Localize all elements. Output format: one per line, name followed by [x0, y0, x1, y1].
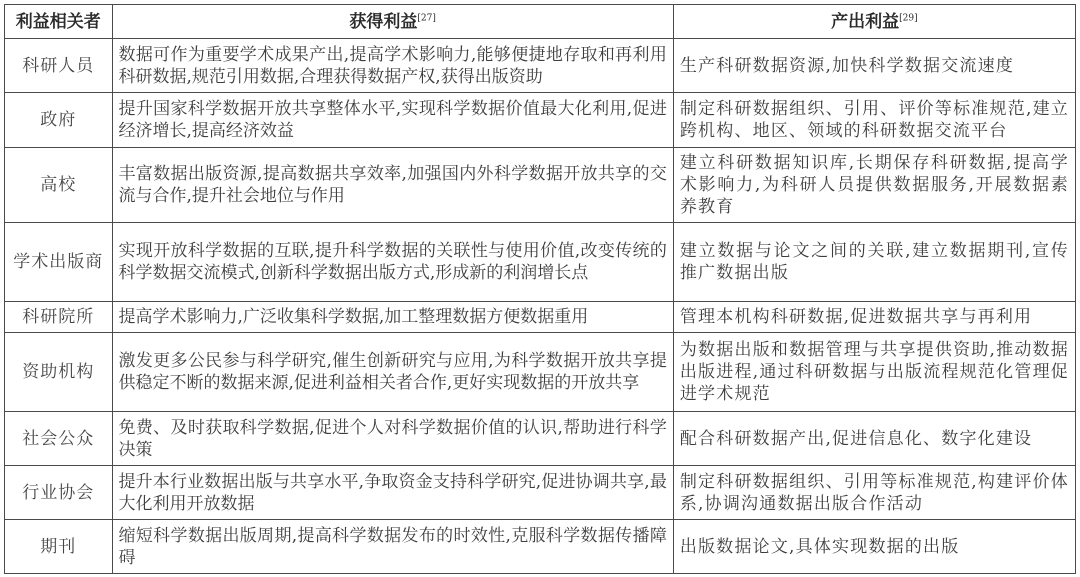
header-output: 产出利益[29] [673, 5, 1075, 39]
table-header-row: 利益相关者 获得利益[27] 产出利益[29] [5, 5, 1076, 39]
output-cell: 制定科研数据组织、引用等标准规范,构建评价体系,协调沟通数据出版合作活动 [673, 466, 1075, 520]
gain-cell: 缩短科学数据出版周期,提高科学数据发布的时效性,克服科学数据传播障碍 [112, 520, 673, 574]
header-stakeholder: 利益相关者 [5, 5, 113, 39]
stakeholder-cell: 高校 [5, 148, 113, 223]
output-cell: 建立科研数据知识库,长期保存科研数据,提高学术影响力,为科研人员提供数据服务,开… [673, 148, 1075, 223]
citation-ref: [29] [899, 13, 917, 23]
table-row: 行业协会 提升本行业数据出版与共享水平,争取资金支持科学研究,促进协调共享,最大… [5, 466, 1076, 520]
stakeholder-cell: 行业协会 [5, 466, 113, 520]
table-row: 学术出版商 实现开放科学数据的互联,提升科学数据的关联性与使用价值,改变传统的科… [5, 223, 1076, 302]
table-row: 政府 提升国家科学数据开放共享整体水平,实现科学数据价值最大化利用,促进经济增长… [5, 93, 1076, 148]
output-cell: 配合科研数据产出,促进信息化、数字化建设 [673, 412, 1075, 466]
gain-cell: 提升本行业数据出版与共享水平,争取资金支持科学研究,促进协调共享,最大化利用开放… [112, 466, 673, 520]
header-gain: 获得利益[27] [112, 5, 673, 39]
table-row: 高校 丰富数据出版资源,提高数据共享效率,加强国内外科学数据开放共享的交流与合作… [5, 148, 1076, 223]
table-row: 资助机构 激发更多公民参与科学研究,催生创新研究与应用,为科学数据开放共享提供稳… [5, 333, 1076, 412]
stakeholder-cell: 科研院所 [5, 302, 113, 333]
output-cell: 管理本机构科研数据,促进数据共享与再利用 [673, 302, 1075, 333]
output-cell: 为数据出版和数据管理与共享提供资助,推动数据出版进程,通过科研数据与出版流程规范… [673, 333, 1075, 412]
stakeholder-cell: 资助机构 [5, 333, 113, 412]
gain-cell: 激发更多公民参与科学研究,催生创新研究与应用,为科学数据开放共享提供稳定不断的数… [112, 333, 673, 412]
gain-cell: 免费、及时获取科学数据,促进个人对科学数据价值的认识,帮助进行科学决策 [112, 412, 673, 466]
output-cell: 生产科研数据资源,加快科学数据交流速度 [673, 39, 1075, 93]
table-row: 科研人员 数据可作为重要学术成果产出,提高学术影响力,能够便捷地存取和再利用科研… [5, 39, 1076, 93]
table-row: 期刊 缩短科学数据出版周期,提高科学数据发布的时效性,克服科学数据传播障碍 出版… [5, 520, 1076, 574]
output-cell: 建立数据与论文之间的关联,建立数据期刊,宣传推广数据出版 [673, 223, 1075, 302]
table-row: 科研院所 提高学术影响力,广泛收集科学数据,加工整理数据方便数据重用 管理本机构… [5, 302, 1076, 333]
citation-ref: [27] [417, 13, 435, 23]
output-cell: 出版数据论文,具体实现数据的出版 [673, 520, 1075, 574]
gain-cell: 丰富数据出版资源,提高数据共享效率,加强国内外科学数据开放共享的交流与合作,提升… [112, 148, 673, 223]
gain-cell: 数据可作为重要学术成果产出,提高学术影响力,能够便捷地存取和再利用科研数据,规范… [112, 39, 673, 93]
stakeholder-cell: 科研人员 [5, 39, 113, 93]
stakeholder-cell: 政府 [5, 93, 113, 148]
stakeholder-benefits-table: 利益相关者 获得利益[27] 产出利益[29] 科研人员 数据可作为重要学术成果… [4, 4, 1076, 574]
stakeholder-cell: 社会公众 [5, 412, 113, 466]
stakeholder-cell: 期刊 [5, 520, 113, 574]
output-cell: 制定科研数据组织、引用、评价等标准规范,建立跨机构、地区、领域的科研数据交流平台 [673, 93, 1075, 148]
stakeholder-cell: 学术出版商 [5, 223, 113, 302]
table-row: 社会公众 免费、及时获取科学数据,促进个人对科学数据价值的认识,帮助进行科学决策… [5, 412, 1076, 466]
gain-cell: 提升国家科学数据开放共享整体水平,实现科学数据价值最大化利用,促进经济增长,提高… [112, 93, 673, 148]
gain-cell: 实现开放科学数据的互联,提升科学数据的关联性与使用价值,改变传统的科学数据交流模… [112, 223, 673, 302]
gain-cell: 提高学术影响力,广泛收集科学数据,加工整理数据方便数据重用 [112, 302, 673, 333]
